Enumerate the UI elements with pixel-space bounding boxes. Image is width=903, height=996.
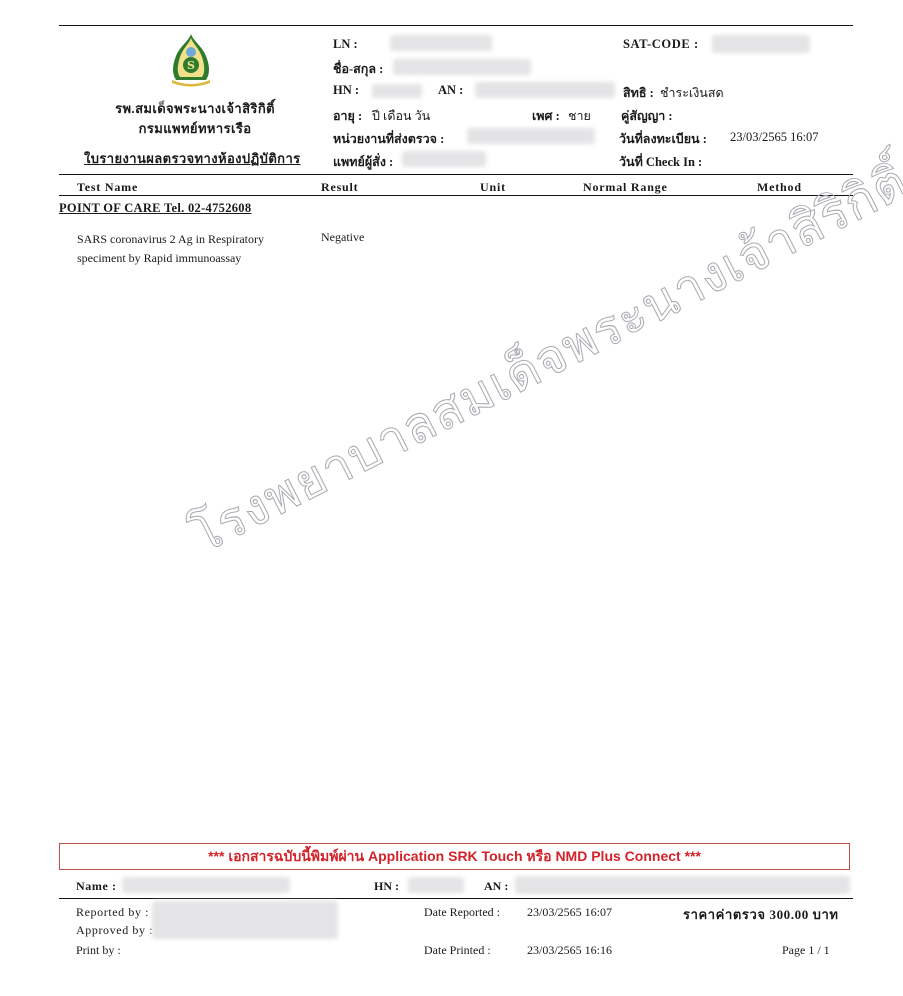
- sex-value: ชาย: [568, 106, 591, 126]
- column-normal-range: Normal Range: [583, 180, 668, 195]
- rights-label: สิทธิ :: [623, 83, 654, 103]
- test-name-cell: SARS coronavirus 2 Ag in Respiratory spe…: [77, 230, 307, 268]
- print-notice-banner: *** เอกสารฉบับนี้พิมพ์ผ่าน Application S…: [59, 843, 850, 870]
- sending-unit-label: หน่วยงานที่ส่งตรวจ :: [333, 129, 444, 149]
- approved-by-label: Approved by :: [76, 923, 153, 938]
- section-point-of-care: POINT OF CARE Tel. 02-4752608: [59, 201, 251, 216]
- report-title: ใบรายงานผลตรวจทางห้องปฏิบัติการ: [84, 148, 301, 169]
- contract-label: คู่สัญญา :: [621, 106, 673, 126]
- table-header-rule: [59, 195, 853, 196]
- test-price: ราคาค่าตรวจ 300.00 บาท: [683, 904, 839, 925]
- hn-label: HN :: [333, 83, 359, 98]
- hn-value-redacted: [372, 84, 422, 98]
- sat-code-value-redacted: [712, 35, 810, 53]
- age-label: อายุ :: [333, 106, 362, 126]
- hospital-department: กรมแพทย์ทหารเรือ: [60, 118, 330, 139]
- date-reported-label: Date Reported :: [424, 905, 500, 920]
- footer-an-label: AN :: [484, 879, 508, 894]
- column-result: Result: [321, 180, 358, 195]
- checkin-date-label: วันที่ Check In :: [619, 152, 702, 172]
- date-reported-value: 23/03/2565 16:07: [527, 905, 612, 920]
- an-label: AN :: [438, 83, 463, 98]
- svg-text:S: S: [187, 59, 195, 72]
- column-unit: Unit: [480, 180, 506, 195]
- page-number: Page 1 / 1: [782, 943, 830, 958]
- ln-value-redacted: [390, 35, 492, 51]
- registered-date-label: วันที่ลงทะเบียน :: [619, 129, 707, 149]
- an-value-redacted: [475, 82, 615, 98]
- ln-label: LN :: [333, 37, 358, 52]
- print-by-label: Print by :: [76, 943, 121, 958]
- sending-unit-value-redacted: [467, 128, 595, 144]
- rights-value: ชำระเงินสด: [660, 83, 724, 103]
- sat-code-label: SAT-CODE :: [623, 37, 699, 52]
- hospital-watermark: โรงพยาบาลสมเด็จพระนางเจ้าสิริกิติ์: [177, 143, 903, 575]
- footer-name-label: Name :: [76, 879, 117, 894]
- hospital-logo-icon: S: [166, 32, 216, 88]
- footer-an-value-redacted: [515, 876, 850, 894]
- footer-hn-label: HN :: [374, 879, 399, 894]
- name-label: ชื่อ-สกุล :: [333, 59, 383, 79]
- reported-by-label: Reported by :: [76, 905, 149, 920]
- ordering-doctor-value-redacted: [402, 151, 486, 167]
- date-printed-label: Date Printed :: [424, 943, 491, 958]
- reported-approved-by-redacted: [152, 901, 338, 939]
- hospital-name: รพ.สมเด็จพระนางเจ้าสิริกิติ์: [60, 98, 330, 119]
- result-cell: Negative: [321, 230, 364, 245]
- column-test-name: Test Name: [77, 180, 138, 195]
- table-top-rule: [59, 174, 853, 175]
- ordering-doctor-label: แพทย์ผู้สั่ง :: [333, 152, 393, 172]
- name-value-redacted: [393, 59, 531, 75]
- registered-date-value: 23/03/2565 16:07: [730, 130, 819, 145]
- footer-rule: [59, 898, 853, 899]
- header-top-rule: [59, 25, 853, 26]
- footer-name-value-redacted: [122, 877, 290, 893]
- age-value: ปี เดือน วัน: [372, 106, 430, 126]
- date-printed-value: 23/03/2565 16:16: [527, 943, 612, 958]
- sex-label: เพศ :: [532, 106, 560, 126]
- footer-hn-value-redacted: [408, 877, 464, 893]
